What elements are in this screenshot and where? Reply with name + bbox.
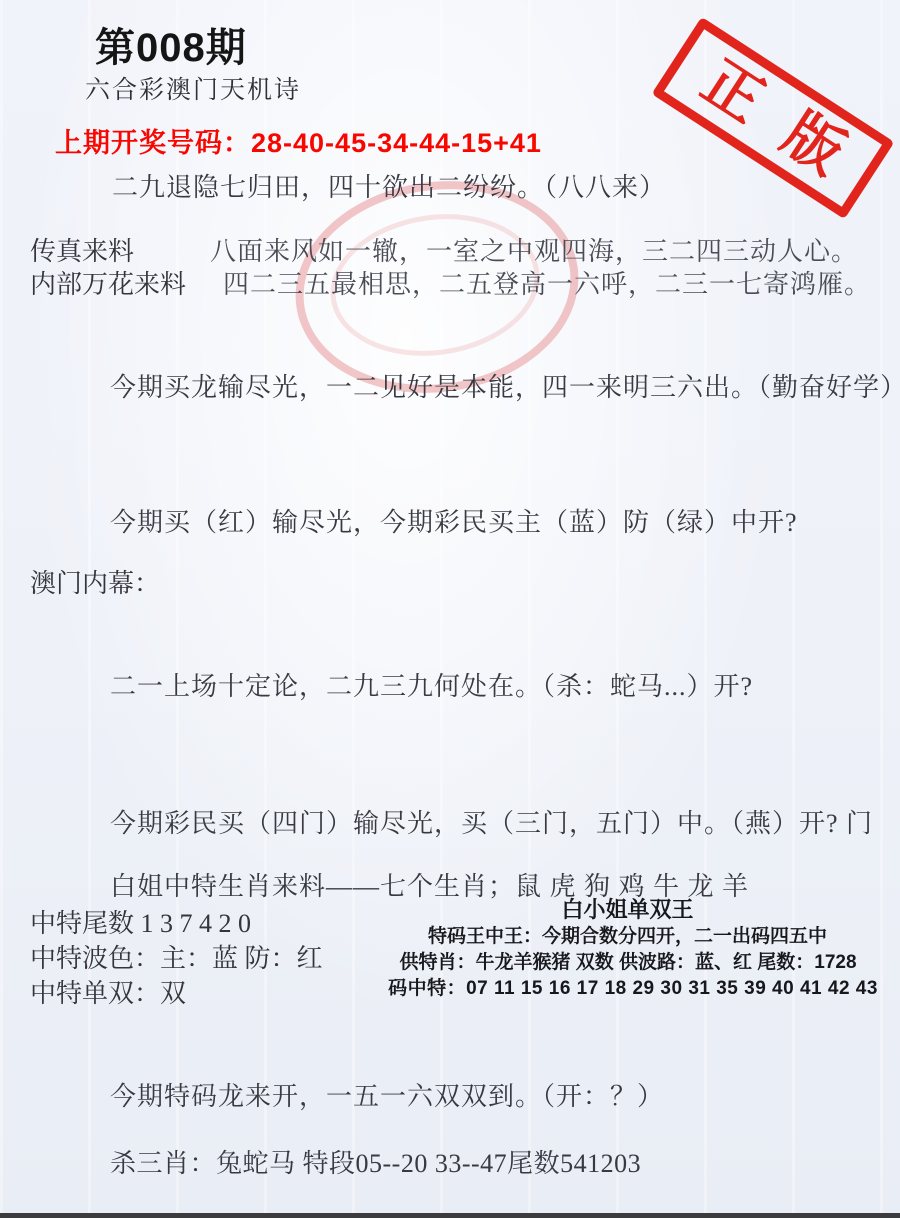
- bottom-edge-bar: [0, 1213, 900, 1218]
- special-king-line: 特码王中王：今期合数分四开，二一出码四五中: [380, 921, 875, 948]
- macau-insider-line: 二一上场十定论，二九三九何处在。（杀：蛇马...）开?: [110, 666, 753, 703]
- internal-label: 内部万花来料: [30, 264, 186, 301]
- fax-label: 传真来料: [30, 231, 134, 268]
- zodiac-wave-tail-line: 供特肖：牛龙羊猴猪 双数 供波路：蓝、红 尾数：1728: [378, 947, 878, 974]
- fax-poem: 八面来风如一辙，一室之中观四海，三二四三动人心。: [210, 231, 858, 268]
- genuine-stamp: 正 版: [651, 17, 894, 219]
- stamp-char-zheng: 正: [693, 52, 773, 132]
- poem-top-line: 二九退隐七归田，四十欲出二纷纷。（八八来）: [112, 167, 666, 204]
- internal-poem: 四二三五最相思，二五登高一六呼，二三一七寄鸿雁。: [223, 264, 871, 301]
- stamp-char-ban: 版: [773, 104, 853, 184]
- lottery-tip-sheet: 第008期 六合彩澳门天机诗 上期开奖号码：28-40-45-34-44-15+…: [0, 0, 900, 1218]
- doors-advice-line: 今期彩民买（四门）输尽光，买（三门，五门）中。（燕）开? 门: [110, 803, 873, 840]
- color-advice-line: 今期买（红）输尽光，今期彩民买主（蓝）防（绿）中开?: [110, 502, 798, 539]
- issue-title: 第008期: [95, 16, 247, 73]
- miss-bai-title: 白小姐单双王: [380, 893, 875, 924]
- last-draw-numbers: 上期开奖号码：28-40-45-34-44-15+41: [55, 121, 542, 160]
- kill-three-zodiac-line: 杀三肖：兔蛇马 特段05--20 33--47尾数541203: [110, 1143, 641, 1180]
- special-code-line: 今期特码龙来开，一五一六双双到。（开：？）: [110, 1076, 664, 1113]
- macau-insider-label: 澳门内幕：: [30, 563, 160, 600]
- page-subtitle: 六合彩澳门天机诗: [85, 70, 301, 106]
- special-numbers-line: 码中特：07 11 15 16 17 18 29 30 31 35 39 40 …: [378, 973, 888, 1000]
- parity-line: 中特单双：双: [30, 973, 186, 1010]
- wave-color-line: 中特波色：主：蓝 防：红: [30, 938, 323, 975]
- tail-numbers-line: 中特尾数 1 3 7 4 2 0: [30, 903, 251, 940]
- dragon-poem-line: 今期买龙输尽光，一二见好是本能，四一来明三六出。（勤奋好学）: [110, 367, 900, 404]
